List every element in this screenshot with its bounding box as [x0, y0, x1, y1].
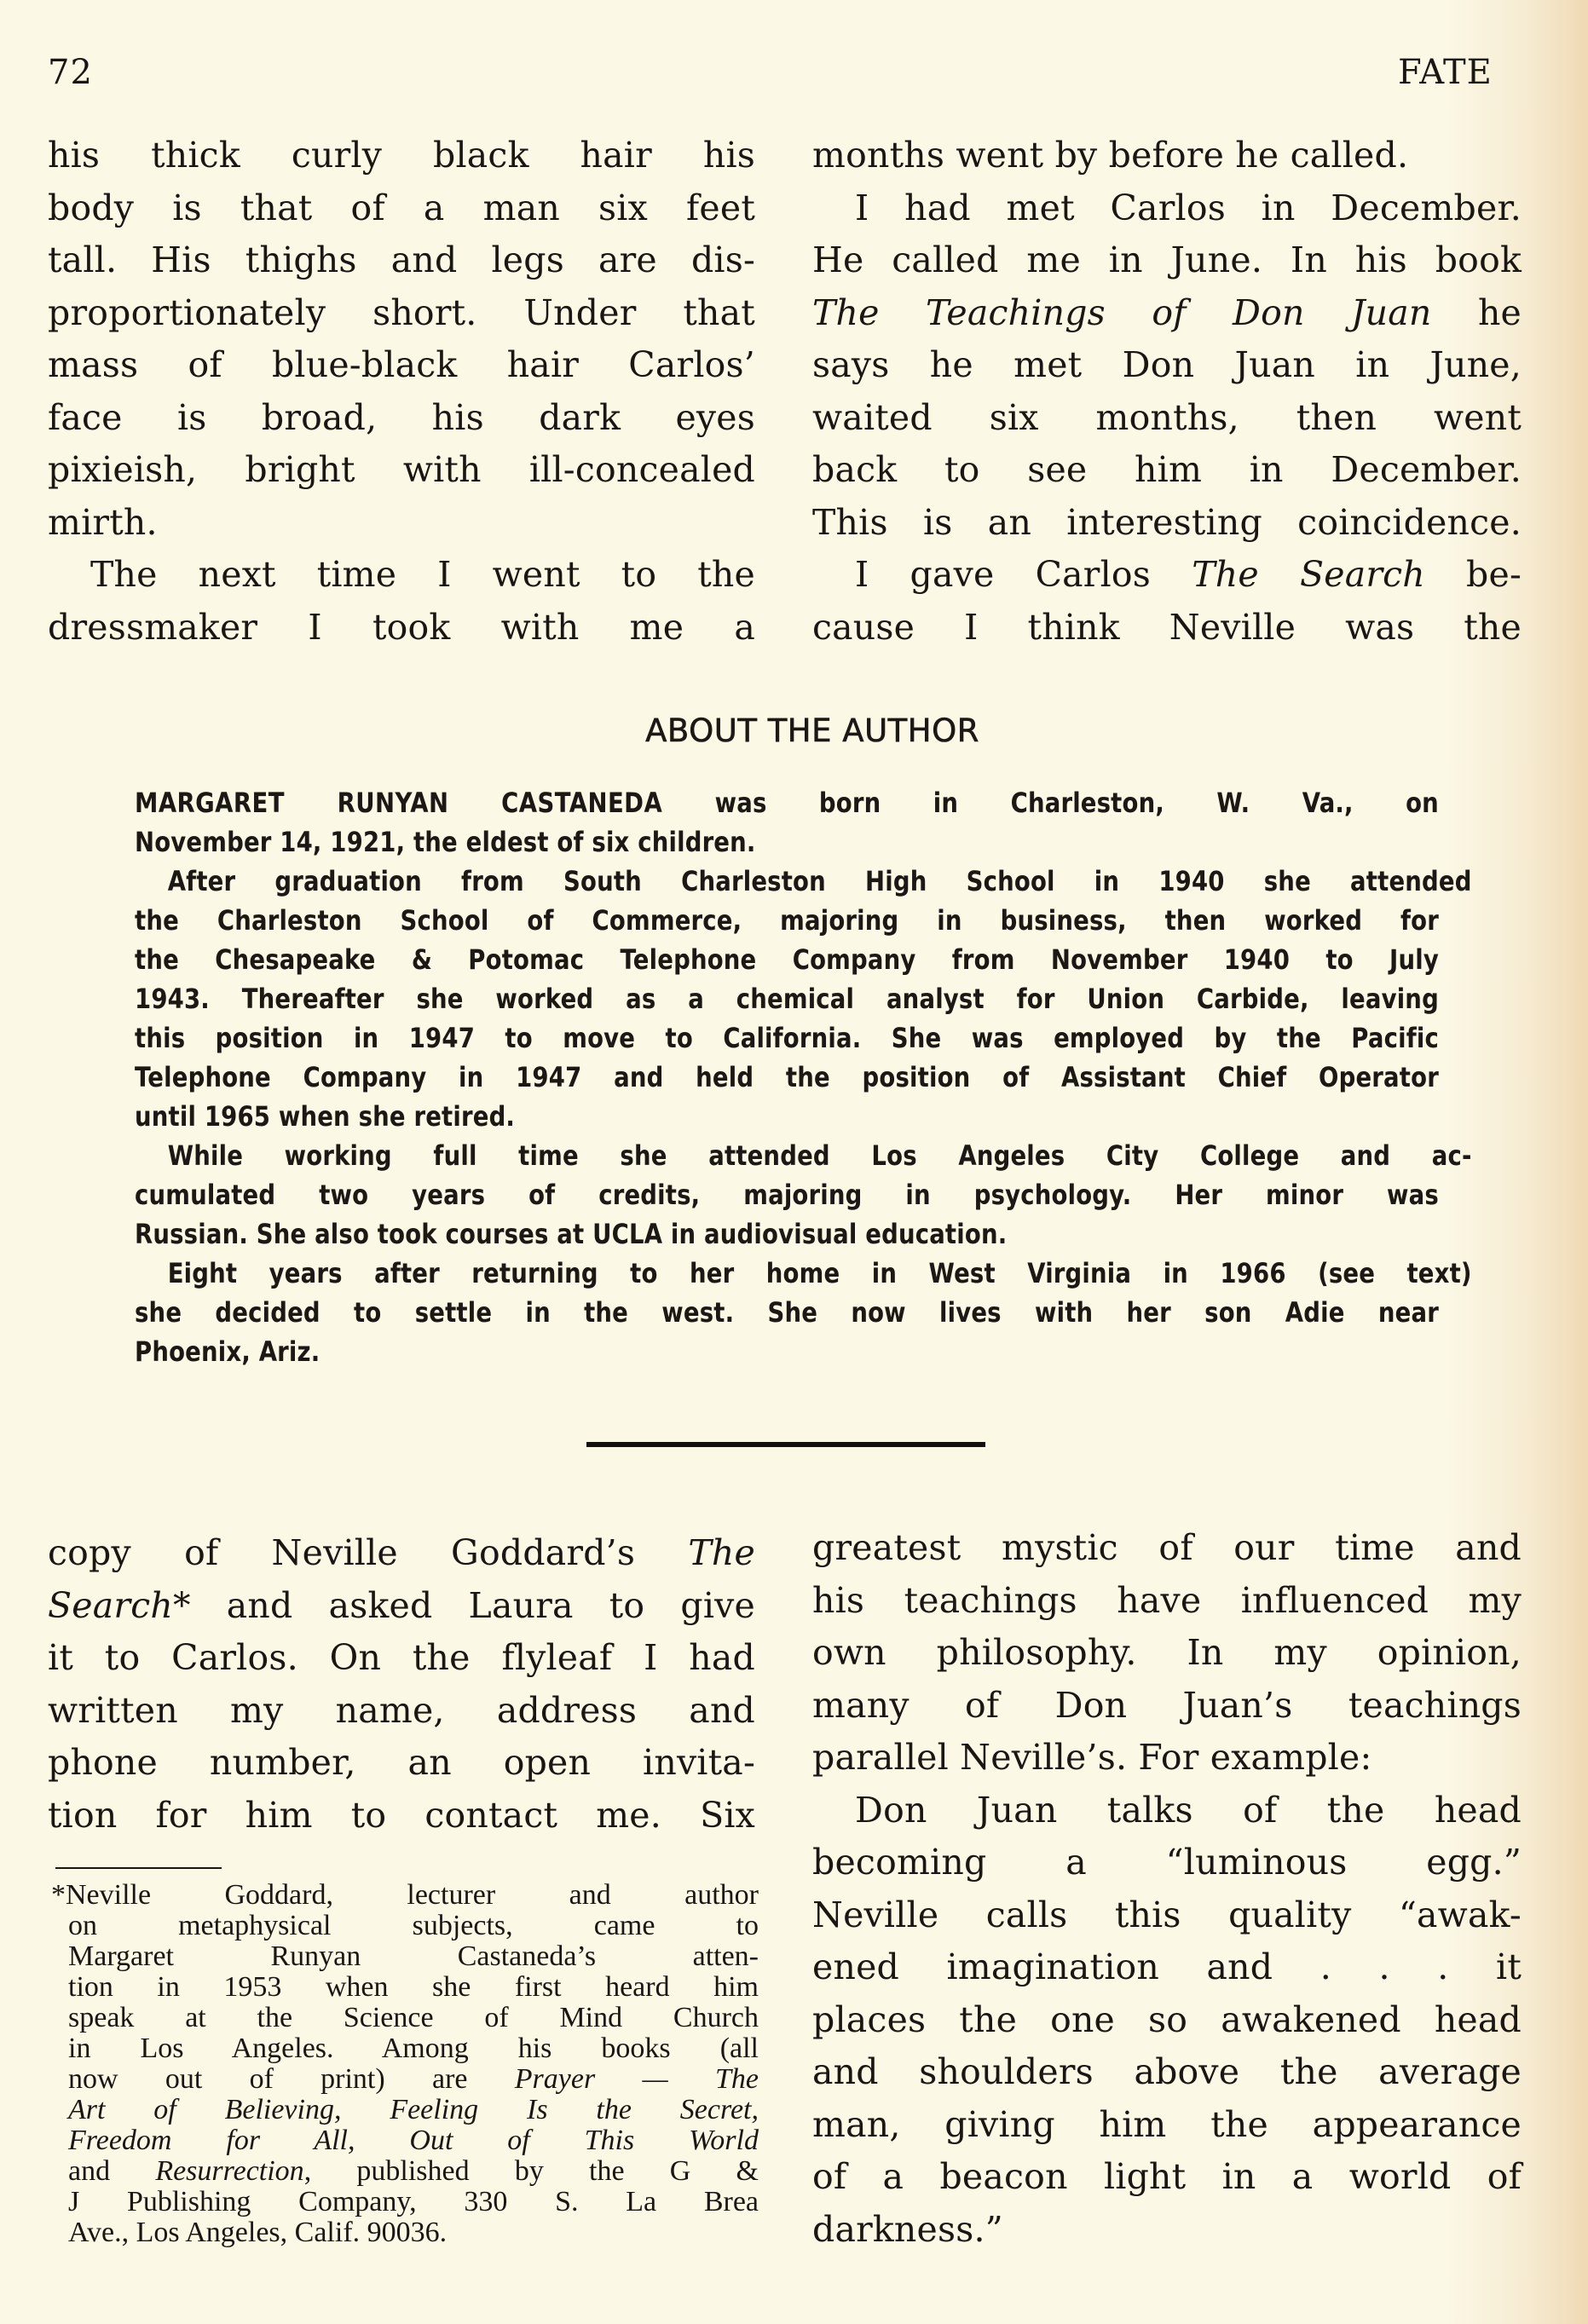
text-line: man, giving him the appearance [812, 2099, 1522, 2152]
page-number: 72 [48, 53, 93, 92]
magazine-page: 72 FATE his thick curly black hair his b… [0, 0, 1588, 2324]
text-line: He called me in June. In his book [812, 234, 1522, 287]
text-line: it to Carlos. On the flyleaf I had [48, 1632, 755, 1685]
text-line: tall. His thighs and legs are dis- [48, 234, 755, 287]
bio-line: Russian. She also took courses at UCLA i… [135, 1214, 1439, 1254]
text-line: parallel Neville’s. For example: [812, 1732, 1522, 1785]
book-title: The Search [1192, 554, 1425, 595]
text-line: pixieish, bright with ill-concealed [48, 444, 755, 497]
text-line: This is an interesting coincidence. [812, 497, 1522, 550]
bio-line: 1943. Thereafter she worked as a chemica… [135, 979, 1439, 1018]
text-line: I had met Carlos in December. [812, 182, 1522, 235]
text-line: tion for him to contact me. Six [48, 1790, 755, 1842]
text-line: places the one so awakened head [812, 1994, 1522, 2047]
article-column-top-right: months went by before he called. I had m… [812, 130, 1522, 654]
text-line: written my name, address and [48, 1685, 755, 1738]
footnote-line: Ave., Los Angeles, Calif. 90036. [51, 2217, 759, 2248]
footnote-rule [55, 1867, 222, 1869]
text-line: The next time I went to the [48, 549, 755, 602]
text-line: mass of blue-black hair Carlos’ [48, 339, 755, 392]
bio-line: Eight years after returning to her home … [135, 1254, 1472, 1293]
text-line: becoming a “luminous egg.” [812, 1837, 1522, 1889]
bio-line: until 1965 when she retired. [135, 1097, 1439, 1136]
footnote-line: in Los Angeles. Among his books (all [51, 2033, 759, 2064]
footnote-line: on metaphysical subjects, came to [51, 1911, 759, 1941]
footnote-line: Art of Believing, Feeling Is the Secret, [51, 2095, 759, 2125]
text-line: and shoulders above the average [812, 2046, 1522, 2099]
bio-line: she decided to settle in the west. She n… [135, 1293, 1439, 1332]
text-line: body is that of a man six feet [48, 182, 755, 235]
text-line: Don Juan talks of the head [812, 1785, 1522, 1837]
footnote-line: speak at the Science of Mind Church [51, 2003, 759, 2033]
book-title: Art of Believing, Feeling Is the Secret, [68, 2094, 759, 2125]
bio-line: cumulated two years of credits, majoring… [135, 1175, 1439, 1214]
text-line: waited six months, then went [812, 392, 1522, 445]
article-column-bottom-right: greatest mystic of our time and his teac… [812, 1522, 1522, 2256]
book-title: Search [48, 1585, 173, 1626]
bio-line: the Chesapeake & Potomac Telephone Compa… [135, 940, 1439, 979]
text-line: dressmaker I took with me a [48, 602, 755, 655]
bio-line: Telephone Company in 1947 and held the p… [135, 1058, 1439, 1097]
text-line: mirth. [48, 497, 755, 550]
book-title: Freedom for All, Out of This World [68, 2125, 759, 2156]
text-line: I gave Carlos The Search be- [812, 549, 1522, 602]
book-title: Resurrection [155, 2155, 303, 2187]
text-line: of a beacon light in a world of [812, 2151, 1522, 2204]
text-line: many of Don Juan’s teachings [812, 1680, 1522, 1733]
article-column-bottom-left: copy of Neville Goddard’s The Search* an… [48, 1527, 755, 1842]
text-line: Search* and asked Laura to give [48, 1580, 755, 1633]
text-line: months went by before he called. [812, 130, 1522, 182]
text-line: his thick curly black hair his [48, 130, 755, 182]
text-line: cause I think Neville was the [812, 602, 1522, 655]
text-line: copy of Neville Goddard’s The [48, 1527, 755, 1580]
footnote: *Neville Goddard, lecturer and author on… [51, 1880, 759, 2248]
about-the-author: ABOUT THE AUTHOR MARGARET RUNYAN CASTANE… [135, 712, 1439, 1371]
text-line: darkness.” [812, 2204, 1522, 2257]
footnote-line: and Resurrection, published by the G & [51, 2156, 759, 2187]
text-line: his teachings have influenced my [812, 1575, 1522, 1628]
about-heading: ABOUT THE AUTHOR [135, 712, 1439, 749]
magazine-name: FATE [1398, 53, 1493, 92]
text-line: Neville calls this quality “awak- [812, 1889, 1522, 1942]
text-line: proportionately short. Under that [48, 287, 755, 340]
bio-line: November 14, 1921, the eldest of six chi… [135, 822, 1439, 862]
footnote-line: *Neville Goddard, lecturer and author [51, 1880, 759, 1911]
book-title: Prayer — The [515, 2063, 759, 2095]
author-name: MARGARET RUNYAN CASTANEDA [135, 787, 662, 819]
text-line: back to see him in December. [812, 444, 1522, 497]
book-title: The Teachings of Don Juan [812, 292, 1432, 333]
footnote-line: now out of print) are Prayer — The [51, 2064, 759, 2095]
bio-line: the Charleston School of Commerce, major… [135, 901, 1439, 940]
footnote-line: Freedom for All, Out of This World [51, 2125, 759, 2156]
bio-line: MARGARET RUNYAN CASTANEDA was born in Ch… [135, 783, 1439, 822]
section-divider [586, 1442, 985, 1447]
bio-line: Phoenix, Ariz. [135, 1332, 1439, 1371]
footnote-line: tion in 1953 when she first heard him [51, 1972, 759, 2003]
article-column-top-left: his thick curly black hair his body is t… [48, 130, 755, 654]
text-line: own philosophy. In my opinion, [812, 1627, 1522, 1680]
bio-line: While working full time she attended Los… [135, 1136, 1472, 1175]
text-line: says he met Don Juan in June, [812, 339, 1522, 392]
footnote-line: J Publishing Company, 330 S. La Brea [51, 2187, 759, 2217]
bio-line: this position in 1947 to move to Califor… [135, 1018, 1439, 1058]
text-line: phone number, an open invita- [48, 1737, 755, 1790]
text-line: greatest mystic of our time and [812, 1522, 1522, 1575]
text-line: ened imagination and . . . it [812, 1941, 1522, 1994]
text-line: The Teachings of Don Juan he [812, 287, 1522, 340]
footnote-line: Margaret Runyan Castaneda’s atten- [51, 1941, 759, 1972]
book-title: The [688, 1532, 755, 1573]
text-line: face is broad, his dark eyes [48, 392, 755, 445]
bio-line: After graduation from South Charleston H… [135, 862, 1472, 901]
